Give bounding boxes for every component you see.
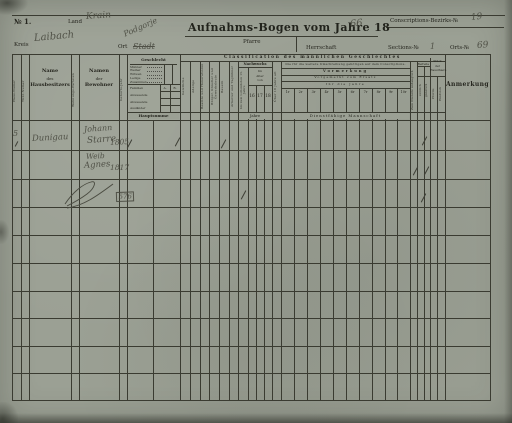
- ink-checkmark: [241, 190, 247, 199]
- ink-checkmark: [15, 141, 19, 147]
- ink-checkmark: [413, 166, 419, 175]
- ink-checkmark: [422, 136, 428, 145]
- ink-checkmark: [421, 193, 427, 202]
- ink-checkmark: [127, 139, 133, 148]
- scanned-census-form: № 1. Land Krain Conscriptions-Bezirks-№ …: [0, 0, 512, 423]
- ink-checkmark: [221, 139, 227, 148]
- checkmarks-layer: [0, 0, 512, 423]
- ink-checkmark: [424, 166, 430, 175]
- ink-checkmark: [175, 137, 181, 146]
